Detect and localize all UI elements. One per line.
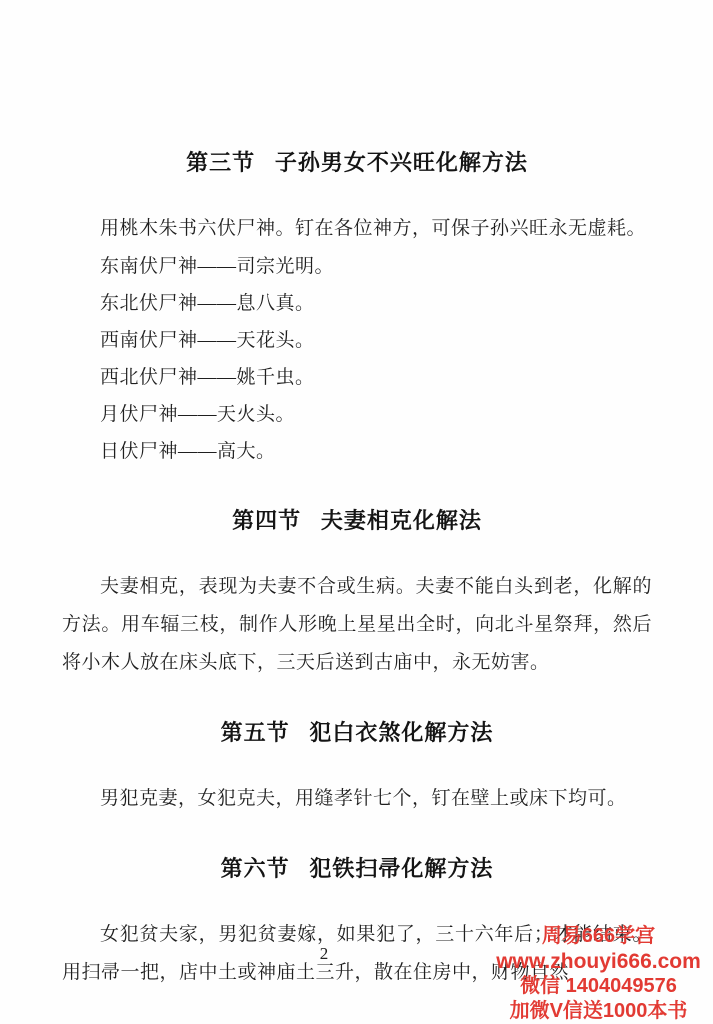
section-6-heading: 第六节犯铁扫帚化解方法 <box>62 854 652 884</box>
section-4-heading: 第四节夫妻相克化解法 <box>62 506 652 536</box>
watermark-site-name: 周易666学宫 <box>486 924 711 949</box>
watermark-promo: 加微V信送1000本书 <box>486 999 711 1024</box>
list-item: 月伏尸神——天火头。 <box>62 396 652 433</box>
list-item: 西南伏尸神——天花头。 <box>62 322 652 359</box>
deity-list: 东南伏尸神——司宗光明。 东北伏尸神——息八真。 西南伏尸神——天花头。 西北伏… <box>62 248 652 470</box>
page-content: 第三节子孙男女不兴旺化解方法 用桃木朱书六伏尸神。钉在各位神方，可保子孙兴旺永无… <box>62 148 652 992</box>
watermark-wechat-id: 微信 1404049576 <box>486 974 711 999</box>
list-item: 东北伏尸神——息八真。 <box>62 285 652 322</box>
section-5-title: 犯白衣煞化解方法 <box>309 720 493 745</box>
section-6-number: 第六节 <box>221 856 290 881</box>
section-5-number: 第五节 <box>221 720 290 745</box>
section-5-paragraph: 男犯克妻，女犯克夫，用缝孝针七个，钉在壁上或床下均可。 <box>62 780 652 818</box>
watermark-url: www.zhouyi666.com <box>486 949 711 974</box>
list-item: 东南伏尸神——司宗光明。 <box>62 248 652 285</box>
section-3-number: 第三节 <box>186 150 255 175</box>
section-5-heading: 第五节犯白衣煞化解方法 <box>62 718 652 748</box>
section-4-title: 夫妻相克化解法 <box>321 508 482 533</box>
scanned-book-page: 第三节子孙男女不兴旺化解方法 用桃木朱书六伏尸神。钉在各位神方，可保子孙兴旺永无… <box>0 0 713 1024</box>
list-item: 西北伏尸神——姚千虫。 <box>62 359 652 396</box>
section-3-title: 子孙男女不兴旺化解方法 <box>275 150 528 175</box>
section-3-heading: 第三节子孙男女不兴旺化解方法 <box>62 148 652 178</box>
section-3-paragraph: 用桃木朱书六伏尸神。钉在各位神方，可保子孙兴旺永无虚耗。 <box>62 210 652 248</box>
list-item: 日伏尸神——高大。 <box>62 433 652 470</box>
section-4-paragraph: 夫妻相克，表现为夫妻不合或生病。夫妻不能白头到老，化解的方法。用车辐三枝，制作人… <box>62 568 652 682</box>
watermark: 周易666学宫 www.zhouyi666.com 微信 1404049576 … <box>486 924 711 1024</box>
section-4-number: 第四节 <box>232 508 301 533</box>
section-6-title: 犯铁扫帚化解方法 <box>309 856 493 881</box>
